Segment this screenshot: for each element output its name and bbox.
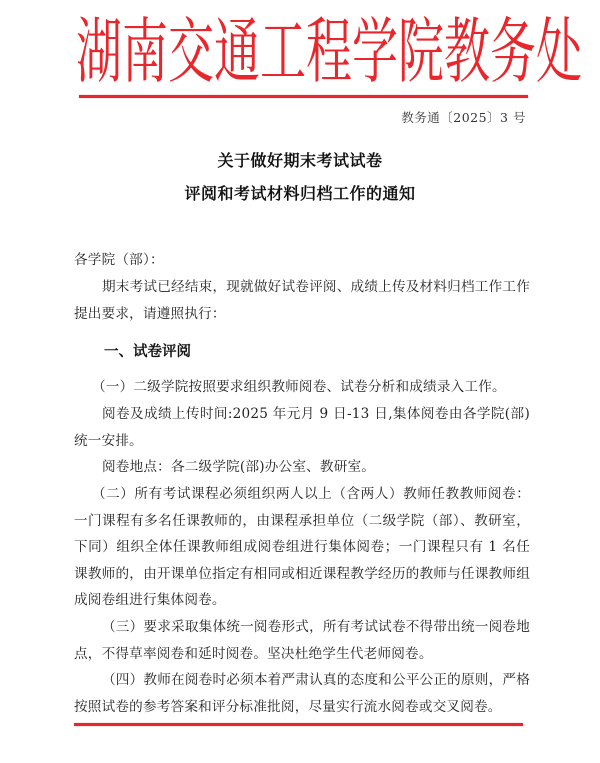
- section-item-6: （四）教师在阅卷时必须本着严肃认真的态度和公平公正的原则，严格按照试卷的参考答案…: [74, 667, 530, 720]
- document-title-line2: 评阅和考试材料归档工作的通知: [0, 181, 600, 204]
- intro-paragraph: 期末考试已经结束，现就做好试卷评阅、成绩上传及材料归档工作工作提出要求，请遵照执…: [74, 274, 530, 327]
- section-item-1: （一）二级学院按照要求组织教师阅卷、试卷分析和成绩录入工作。: [74, 374, 530, 401]
- section-item-4: （二）所有考试课程必须组织两人以上（含两人）教师任教教师阅卷：一门课程有多名任课…: [74, 481, 530, 614]
- section-item-2: 阅卷及成绩上传时间:2025 年元月 9 日-13 日,集体阅卷由各学院(部)统…: [74, 401, 530, 454]
- section-item-3: 阅卷地点：各二级学院(部)办公室、教研室。: [74, 454, 530, 481]
- document-number: 教务通〔2025〕3 号: [401, 108, 526, 126]
- footer-divider: [74, 723, 523, 726]
- masthead-char: 处: [536, 0, 582, 115]
- section-heading: 一、试卷评阅: [104, 340, 191, 361]
- document-title-line1: 关于做好期末考试试卷: [0, 148, 600, 171]
- section-item-5: （三）要求采取集体统一阅卷形式，所有考试试卷不得带出统一阅卷地点，不得草率阅卷和…: [74, 614, 530, 667]
- masthead-divider: [79, 95, 528, 98]
- salutation: 各学院（部）：: [74, 247, 530, 274]
